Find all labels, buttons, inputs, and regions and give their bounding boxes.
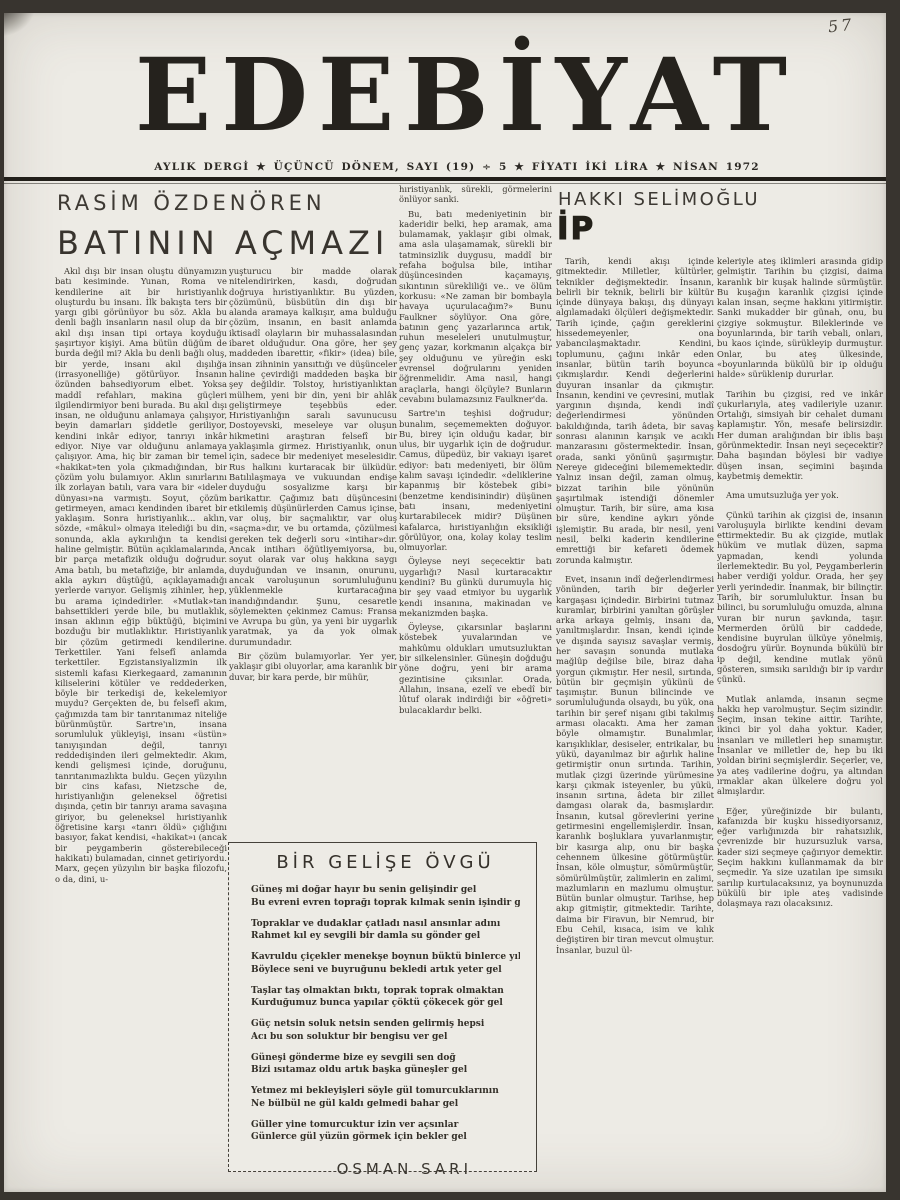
poem-line: Bu evreni evren toprağı toprak kılmak se… [251, 897, 520, 910]
magazine-page: 57 EDEBİYAT AYLIK DERGİ ★ ÜÇÜNCÜ DÖNEM, … [4, 13, 886, 1192]
poem-title: BİR GELİŞE ÖVGÜ [251, 852, 520, 873]
poem-line: Kurduğumuz bunca yapılar çöktü çökecek g… [251, 997, 520, 1010]
poem-line: Bizi ısıtamaz oldu artık başka güneşler … [251, 1064, 520, 1077]
poem-line: Taşlar taş olmaktan bıktı, toprak toprak… [251, 985, 520, 998]
article1-author: RASİM ÖZDENÖREN [57, 191, 326, 215]
poem-line: Böylece seni ve buyruğunu bekledi artık … [251, 964, 520, 977]
poem-couplet: Kavruldu çiçekler menekşe boynun büktü b… [251, 951, 520, 976]
page-number: 57 [827, 15, 855, 37]
article1-column-3: hıristiyanlık, sürekli, görmelerini önlü… [399, 184, 552, 838]
poem-couplet: Taşlar taş olmaktan bıktı, toprak toprak… [251, 985, 520, 1010]
article-paragraph: Akıl dışı bir insan oluştu dünyamızın ba… [55, 266, 227, 884]
scan-smudge [4, 13, 36, 37]
article-paragraph: keleriyle ateş iklimleri arasında gidip … [717, 256, 883, 380]
article-paragraph: Mutlak anlamda, insanın seçme hakkı hep … [717, 694, 883, 797]
article-paragraph: Evet, insanın indî değerlendirmesi yönün… [556, 574, 714, 955]
poem-line: Kavruldu çiçekler menekşe boynun büktü b… [251, 951, 520, 964]
article-paragraph: Bir çözüm bulamıyorlar. Yer yer, yaklaşı… [229, 651, 397, 682]
article1-column-2: yuşturucu bir madde olarak nitelendirirk… [229, 266, 397, 838]
article-paragraph: Sartre'ın teşhisi doğrudur; bunalım, seç… [399, 408, 552, 552]
poem-couplet: Güller yine tomurcuktur izin ver açsınla… [251, 1119, 520, 1144]
masthead-rule [4, 177, 886, 181]
article-paragraph: yuşturucu bir madde olarak nitelendirirk… [229, 266, 397, 647]
article-paragraph: Öyleyse, çıkarsınlar başlarını köstebek … [399, 622, 552, 715]
article2-author: HAKKI SELİMOĞLU [558, 189, 760, 210]
article-paragraph: Bu, batı medeniyetinin bir kaderidir bel… [399, 209, 552, 405]
poem-line: Ne bülbül ne gül kaldı gelmedi bahar gel [251, 1098, 520, 1111]
article-paragraph: Ama umutsuzluğa yer yok. [717, 490, 883, 500]
magazine-subtitle: AYLIK DERGİ ★ ÜÇÜNCÜ DÖNEM, SAYI (19) ÷ … [4, 161, 886, 173]
poem-line: Acı bu son soluktur bir bengisu ver gel [251, 1031, 520, 1044]
magazine-title: EDEBİYAT [4, 43, 886, 148]
poem-author: OSMAN SARI [251, 1160, 520, 1178]
poem-line: Topraklar ve dudaklar çatladı nasıl ansı… [251, 918, 520, 931]
article-paragraph: Eğer, yüreğinizde bir bulantı, kafanızda… [717, 806, 883, 909]
poem-couplet: Güneşi gönderme bize ey sevgili sen doğ … [251, 1052, 520, 1077]
poem-couplet: Güç netsin soluk netsin senden gelirmiş … [251, 1018, 520, 1043]
article2-column-1: Tarih, kendi akışı içinde gitmektedir. M… [556, 256, 714, 1178]
poem-couplet: Güneş mi doğar hayır bu senin gelişindir… [251, 884, 520, 909]
poem-line: Güller yine tomurcuktur izin ver açsınla… [251, 1119, 520, 1132]
poem-line: Güneş mi doğar hayır bu senin gelişindir… [251, 884, 520, 897]
article-paragraph: hıristiyanlık, sürekli, görmelerini önlü… [399, 184, 552, 205]
poem-line: Güneşi gönderme bize ey sevgili sen doğ [251, 1052, 520, 1065]
poem-couplet: Topraklar ve dudaklar çatladı nasıl ansı… [251, 918, 520, 943]
article2-title: İP [557, 211, 595, 247]
poem-line: Güç netsin soluk netsin senden gelirmiş … [251, 1018, 520, 1031]
article-paragraph: Çünkü tarihin ak çizgisi de, insanın var… [717, 510, 883, 685]
poem-box: BİR GELİŞE ÖVGÜ Güneş mi doğar hayır bu … [228, 842, 537, 1172]
poem-line: Yetmez mi bekleyişleri söyle gül tomurcu… [251, 1085, 520, 1098]
poem-line: Rahmet kıl ey sevgili bir damla su gönde… [251, 930, 520, 943]
article-paragraph: Tarihin bu çizgisi, red ve inkâr çukurla… [717, 389, 883, 482]
article2-column-2: keleriyle ateş iklimleri arasında gidip … [717, 256, 883, 1178]
poem-couplet: Yetmez mi bekleyişleri söyle gül tomurcu… [251, 1085, 520, 1110]
poem-line: Günlerce gül yüzün görmek için bekler ge… [251, 1131, 520, 1144]
article-paragraph: Tarih, kendi akışı içinde gitmektedir. M… [556, 256, 714, 565]
article1-column-1: Akıl dışı bir insan oluştu dünyamızın ba… [55, 266, 227, 1171]
article1-title: BATININ AÇMAZI [57, 224, 389, 262]
article-paragraph: Öyleyse neyi seçecektir batı uygarlığı? … [399, 556, 552, 618]
